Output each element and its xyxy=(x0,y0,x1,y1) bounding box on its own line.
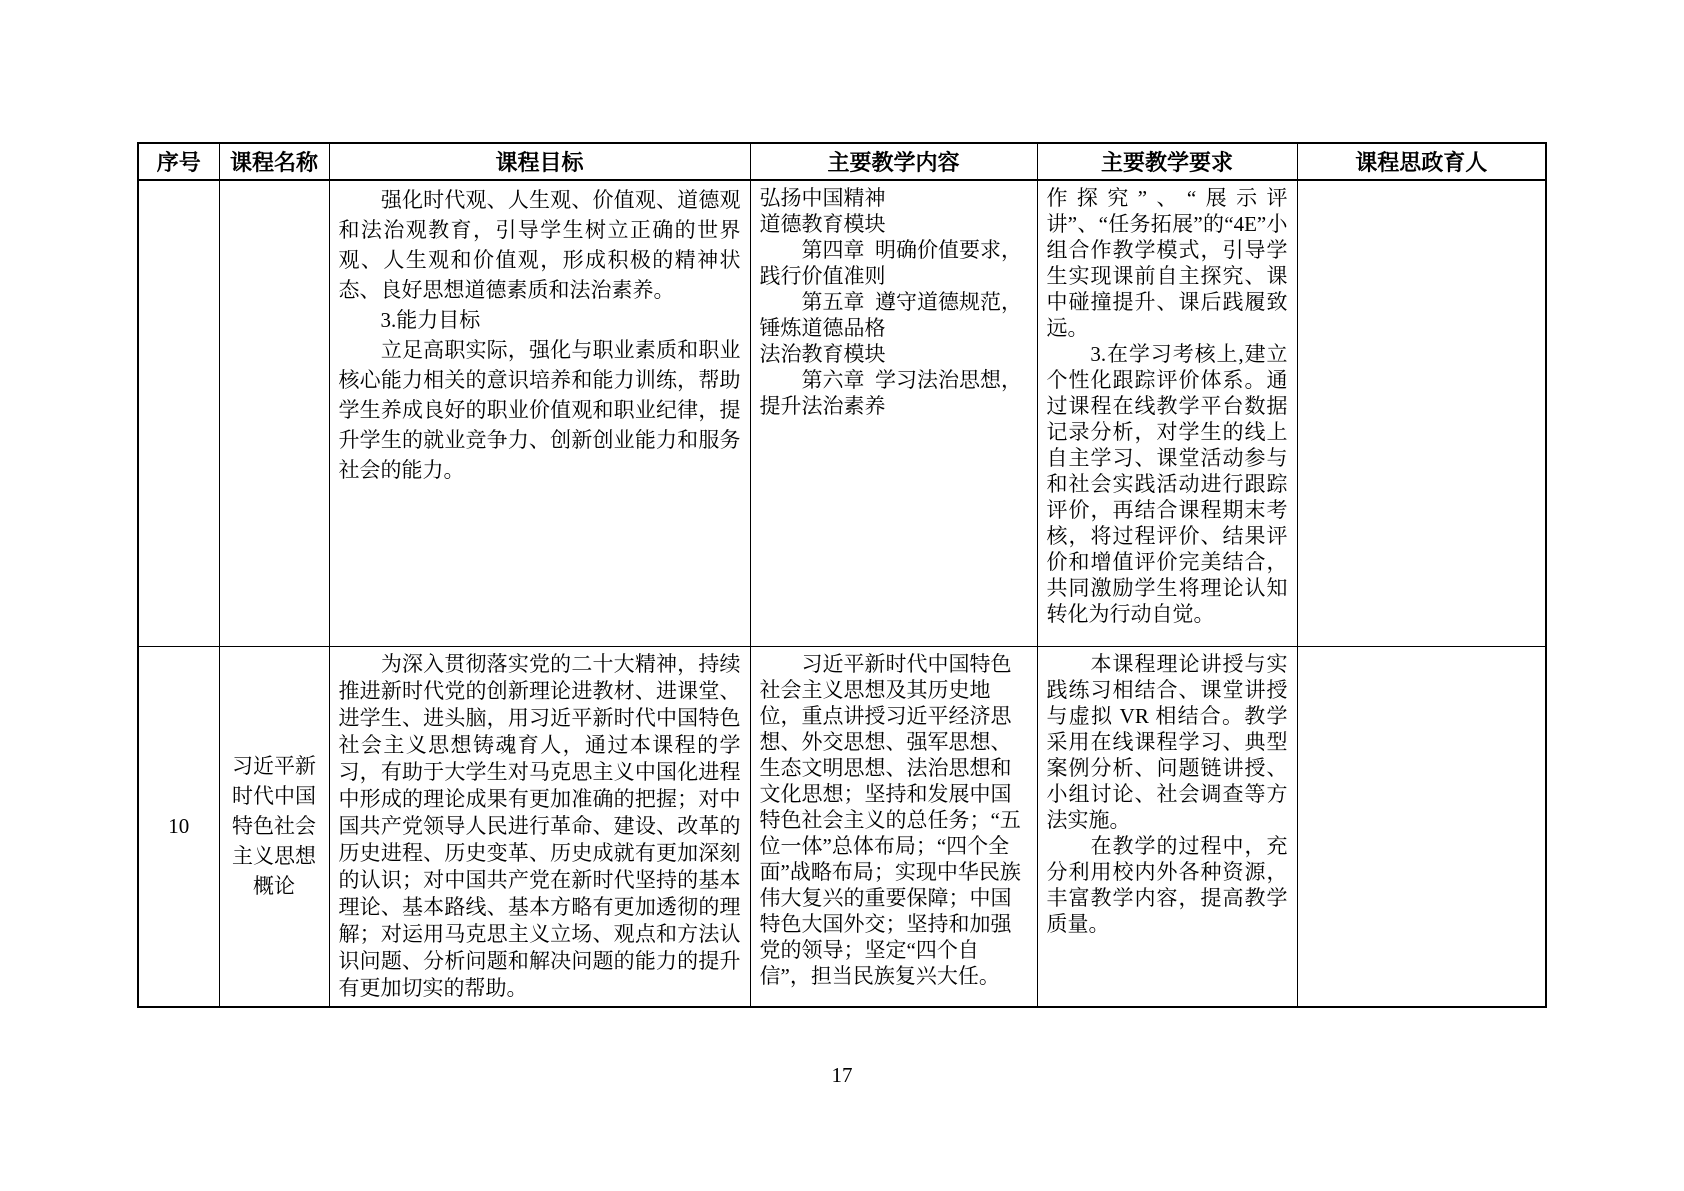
header-ideology-education: 课程思政育人 xyxy=(1297,143,1546,180)
cell-seq-row2: 10 xyxy=(138,646,219,1007)
document-page: 序号 课程名称 课程目标 主要教学内容 主要教学要求 课程思政育人 强化时代观、… xyxy=(0,0,1684,1191)
cell-ideology-row1 xyxy=(1297,180,1546,646)
cell-objectives-row2: 为深入贯彻落实党的二十大精神，持续推进新时代党的创新理论进教材、进课堂、进学生、… xyxy=(329,646,750,1007)
course-table-container: 序号 课程名称 课程目标 主要教学内容 主要教学要求 课程思政育人 强化时代观、… xyxy=(137,142,1547,1008)
cell-content-row2: 习近平新时代中国特色社会主义思想及其历史地位，重点讲授习近平经济思想、外交思想、… xyxy=(750,646,1037,1007)
cell-requirements-row1: 作探究”、“展示评讲”、“任务拓展”的“4E”小组合作教学模式，引导学生实现课前… xyxy=(1037,180,1297,646)
cell-content-row1: 弘扬中国精神 道德教育模块 第四章 明确价值要求， 践行价值准则 第五章 遵守道… xyxy=(750,180,1037,646)
cell-course-name-row1 xyxy=(219,180,329,646)
header-course-name: 课程名称 xyxy=(219,143,329,180)
table-header-row: 序号 课程名称 课程目标 主要教学内容 主要教学要求 课程思政育人 xyxy=(138,143,1546,180)
cell-seq-row1 xyxy=(138,180,219,646)
table-row: 强化时代观、人生观、价值观、道德观和法治观教育，引导学生树立正确的世界观、人生观… xyxy=(138,180,1546,646)
cell-course-name-row2: 习近平新时代中国特色社会主义思想概论 xyxy=(219,646,329,1007)
header-course-objectives: 课程目标 xyxy=(329,143,750,180)
header-teaching-content: 主要教学内容 xyxy=(750,143,1037,180)
page-number: 17 xyxy=(0,1063,1684,1088)
cell-objectives-row1: 强化时代观、人生观、价值观、道德观和法治观教育，引导学生树立正确的世界观、人生观… xyxy=(329,180,750,646)
header-teaching-requirements: 主要教学要求 xyxy=(1037,143,1297,180)
cell-ideology-row2 xyxy=(1297,646,1546,1007)
table-row: 10 习近平新时代中国特色社会主义思想概论 为深入贯彻落实党的二十大精神，持续推… xyxy=(138,646,1546,1007)
header-seq: 序号 xyxy=(138,143,219,180)
course-table: 序号 课程名称 课程目标 主要教学内容 主要教学要求 课程思政育人 强化时代观、… xyxy=(137,142,1547,1008)
cell-requirements-row2: 本课程理论讲授与实践练习相结合、课堂讲授与虚拟 VR 相结合。教学采用在线课程学… xyxy=(1037,646,1297,1007)
